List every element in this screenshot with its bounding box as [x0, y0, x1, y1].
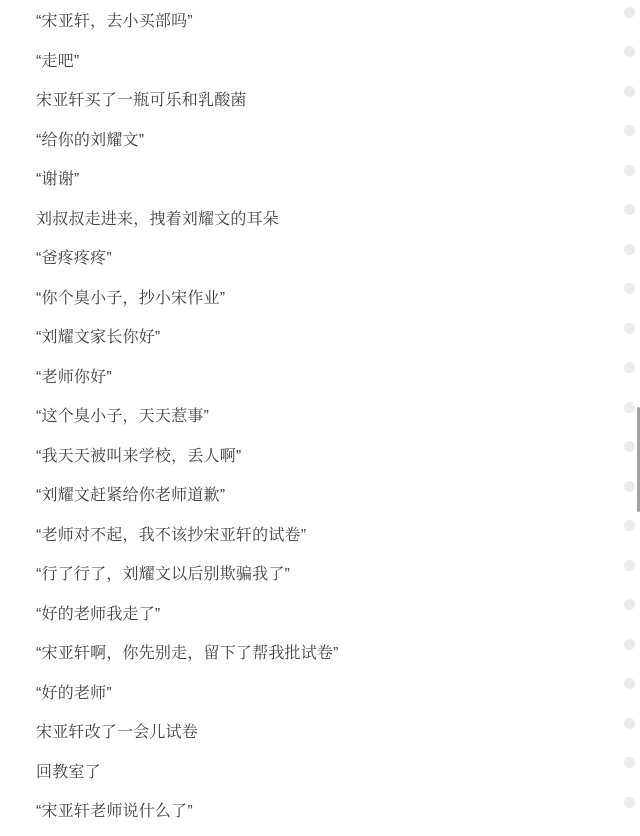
paragraph-comment-dot-icon[interactable]: [624, 757, 635, 768]
paragraph-row: “刘耀文家长你好”: [0, 318, 640, 358]
paragraph-row: 宋亚轩改了一会儿试卷: [0, 713, 640, 753]
paragraph-comment-dot-icon[interactable]: [624, 520, 635, 531]
paragraph-row: “谢谢”: [0, 160, 640, 200]
paragraph-text: “走吧”: [0, 42, 640, 82]
story-content: “宋亚轩，去小买部吗” “走吧” 宋亚轩买了一瓶可乐和乳酸菌 “给你的刘耀文” …: [0, 2, 640, 832]
paragraph-text: “好的老师我走了”: [0, 595, 640, 635]
paragraph-text: 宋亚轩买了一瓶可乐和乳酸菌: [0, 81, 640, 121]
paragraph-comment-dot-icon[interactable]: [624, 678, 635, 689]
paragraph-comment-dot-icon[interactable]: [624, 283, 635, 294]
paragraph-row: “爸疼疼疼”: [0, 239, 640, 279]
paragraph-comment-dot-icon[interactable]: [624, 323, 635, 334]
paragraph-comment-dot-icon[interactable]: [624, 481, 635, 492]
paragraph-comment-dot-icon[interactable]: [624, 204, 635, 215]
paragraph-text: “宋亚轩啊，你先别走，留下了帮我批试卷”: [0, 634, 640, 674]
paragraph-row: “宋亚轩啊，你先别走，留下了帮我批试卷”: [0, 634, 640, 674]
paragraph-text: “谢谢”: [0, 160, 640, 200]
paragraph-comment-dot-icon[interactable]: [624, 797, 635, 808]
paragraph-row: “刘耀文赶紧给你老师道歉”: [0, 476, 640, 516]
paragraph-row: “我天天被叫来学校，丢人啊”: [0, 437, 640, 477]
paragraph-comment-dot-icon[interactable]: [624, 46, 635, 57]
paragraph-comment-dot-icon[interactable]: [624, 7, 635, 18]
paragraph-row: “老师你好”: [0, 358, 640, 398]
paragraph-text: “老师对不起，我不该抄宋亚轩的试卷”: [0, 516, 640, 556]
paragraph-row: “你个臭小子，抄小宋作业”: [0, 279, 640, 319]
paragraph-text: “好的老师”: [0, 674, 640, 714]
paragraph-comment-dot-icon[interactable]: [624, 244, 635, 255]
paragraph-row: “行了行了，刘耀文以后别欺骗我了”: [0, 555, 640, 595]
paragraph-comment-dot-icon[interactable]: [624, 86, 635, 97]
paragraph-row: “宋亚轩老师说什么了”: [0, 792, 640, 832]
paragraph-text: “刘耀文赶紧给你老师道歉”: [0, 476, 640, 516]
paragraph-row: “好的老师我走了”: [0, 595, 640, 635]
paragraph-text: “行了行了，刘耀文以后别欺骗我了”: [0, 555, 640, 595]
paragraph-text: “爸疼疼疼”: [0, 239, 640, 279]
paragraph-comment-dot-icon[interactable]: [624, 639, 635, 650]
paragraph-text: “老师你好”: [0, 358, 640, 398]
paragraph-row: “走吧”: [0, 42, 640, 82]
paragraph-comment-dot-icon[interactable]: [624, 125, 635, 136]
paragraph-text: 回教室了: [0, 753, 640, 793]
paragraph-row: “宋亚轩，去小买部吗”: [0, 2, 640, 42]
paragraph-row: “老师对不起，我不该抄宋亚轩的试卷”: [0, 516, 640, 556]
paragraph-row: “给你的刘耀文”: [0, 121, 640, 161]
paragraph-row: “好的老师”: [0, 674, 640, 714]
paragraph-text: “宋亚轩，去小买部吗”: [0, 2, 640, 42]
paragraph-text: “宋亚轩老师说什么了”: [0, 792, 640, 832]
paragraph-row: 回教室了: [0, 753, 640, 793]
paragraph-comment-dot-icon[interactable]: [624, 718, 635, 729]
paragraph-text: “这个臭小子，天天惹事”: [0, 397, 640, 437]
scrollbar[interactable]: [636, 0, 640, 836]
paragraph-text: “刘耀文家长你好”: [0, 318, 640, 358]
paragraph-row: 宋亚轩买了一瓶可乐和乳酸菌: [0, 81, 640, 121]
paragraph-row: “这个臭小子，天天惹事”: [0, 397, 640, 437]
paragraph-comment-dot-icon[interactable]: [624, 165, 635, 176]
paragraph-comment-dot-icon[interactable]: [624, 362, 635, 373]
paragraph-text: 刘叔叔走进来，拽着刘耀文的耳朵: [0, 200, 640, 240]
paragraph-text: “我天天被叫来学校，丢人啊”: [0, 437, 640, 477]
paragraph-comment-dot-icon[interactable]: [624, 441, 635, 452]
paragraph-text: 宋亚轩改了一会儿试卷: [0, 713, 640, 753]
paragraph-comment-dot-icon[interactable]: [624, 560, 635, 571]
paragraph-text: “你个臭小子，抄小宋作业”: [0, 279, 640, 319]
paragraph-row: 刘叔叔走进来，拽着刘耀文的耳朵: [0, 200, 640, 240]
paragraph-text: “给你的刘耀文”: [0, 121, 640, 161]
paragraph-comment-dot-icon[interactable]: [624, 599, 635, 610]
paragraph-comment-dot-icon[interactable]: [624, 402, 635, 413]
